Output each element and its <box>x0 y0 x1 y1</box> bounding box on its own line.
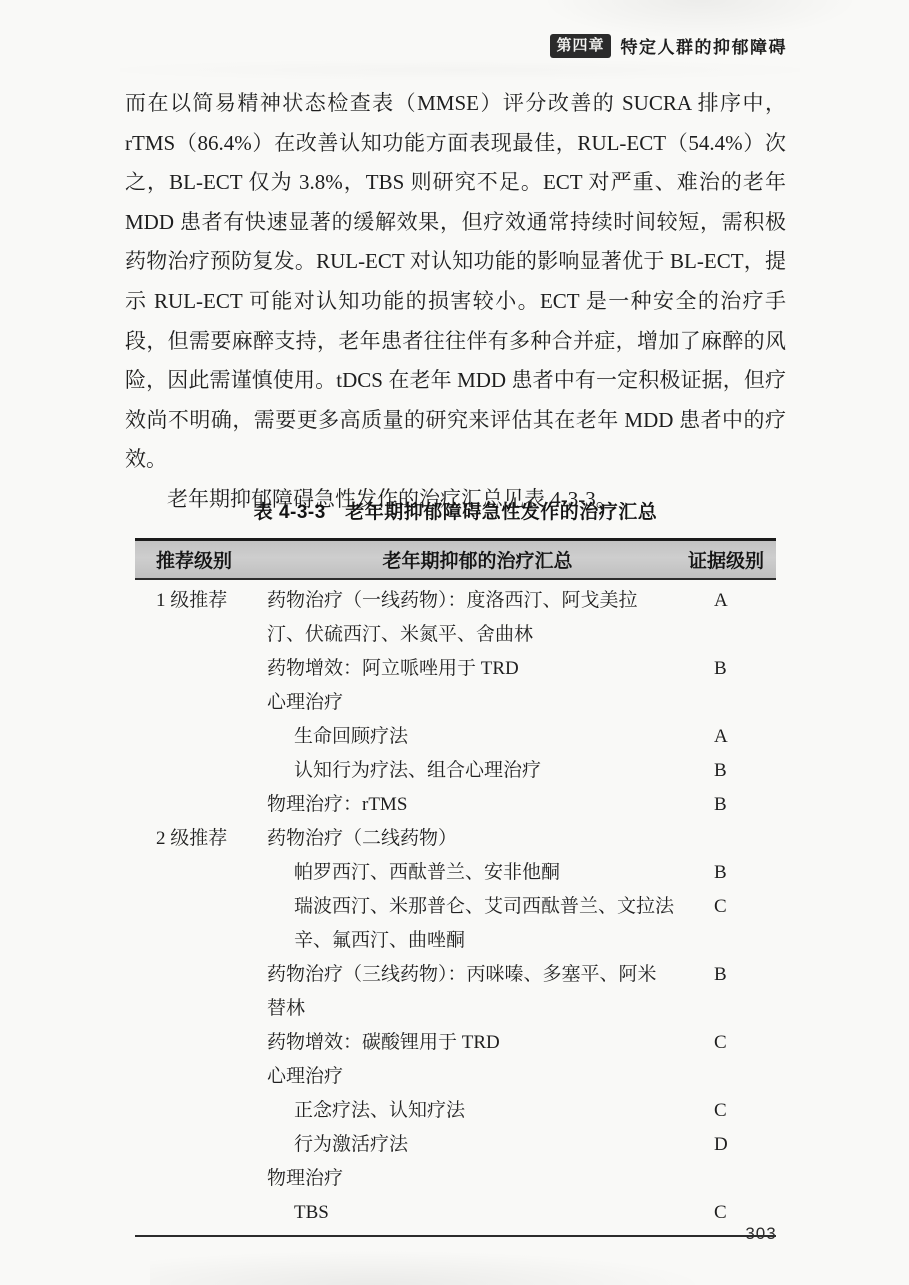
table-row: 认知行为疗法、组合心理治疗 B <box>135 754 776 788</box>
table-row: 帕罗西汀、西酞普兰、安非他酮 B <box>135 856 776 890</box>
table-caption: 表 4-3-3 老年期抑郁障碍急性发作的治疗汇总 <box>135 497 776 524</box>
col-header-evidence-level: 证据级别 <box>688 546 776 573</box>
level-cell <box>135 856 267 890</box>
chapter-badge: 第四章 <box>550 34 610 58</box>
treatment-cell: 药物治疗（三线药物）：丙咪嗪、多塞平、阿米替林 <box>267 958 688 1026</box>
level-cell <box>135 754 267 788</box>
scan-artifact <box>120 60 800 80</box>
table-row: 物理治疗 <box>135 1162 776 1196</box>
grade-cell <box>688 1162 776 1196</box>
table-row: 心理治疗 <box>135 686 776 720</box>
table-row: 药物增效：阿立哌唑用于 TRD B <box>135 652 776 686</box>
page-number: 303 <box>731 1224 791 1244</box>
grade-cell: C <box>688 1094 776 1128</box>
table-row: 正念疗法、认知疗法 C <box>135 1094 776 1128</box>
grade-cell <box>688 686 776 720</box>
grade-cell: B <box>688 754 776 788</box>
table-body: 1 级推荐 药物治疗（一线药物）：度洛西汀、阿戈美拉汀、伏硫西汀、米氮平、舍曲林… <box>135 580 776 1237</box>
level-cell <box>135 720 267 754</box>
grade-cell <box>688 822 776 856</box>
table-row: 物理治疗：rTMS B <box>135 788 776 822</box>
treatment-table: 推荐级别 老年期抑郁的治疗汇总 证据级别 1 级推荐 药物治疗（一线药物）：度洛… <box>135 538 776 1237</box>
grade-cell: B <box>688 958 776 1026</box>
grade-cell <box>688 1060 776 1094</box>
treatment-cell: 药物增效：阿立哌唑用于 TRD <box>267 652 688 686</box>
col-header-treatment-summary: 老年期抑郁的治疗汇总 <box>267 546 688 573</box>
table-row: 1 级推荐 药物治疗（一线药物）：度洛西汀、阿戈美拉汀、伏硫西汀、米氮平、舍曲林… <box>135 584 776 652</box>
treatment-cell: 药物治疗（一线药物）：度洛西汀、阿戈美拉汀、伏硫西汀、米氮平、舍曲林 <box>267 584 688 652</box>
scanned-book-page: 第四章 特定人群的抑郁障碍 而在以简易精神状态检查表（MMSE）评分改善的 SU… <box>0 0 909 1285</box>
level-cell: 1 级推荐 <box>135 584 267 652</box>
level-cell <box>135 1128 267 1162</box>
grade-cell: A <box>688 720 776 754</box>
col-header-recommendation-level: 推荐级别 <box>135 546 267 573</box>
table-row: 行为激活疗法 D <box>135 1128 776 1162</box>
grade-cell: B <box>688 788 776 822</box>
grade-cell: B <box>688 856 776 890</box>
treatment-cell: 正念疗法、认知疗法 <box>267 1094 688 1128</box>
treatment-cell: 心理治疗 <box>267 686 688 720</box>
grade-cell: B <box>688 652 776 686</box>
grade-cell: A <box>688 584 776 652</box>
grade-cell: C <box>688 890 776 958</box>
treatment-cell: 认知行为疗法、组合心理治疗 <box>267 754 688 788</box>
chapter-title: 特定人群的抑郁障碍 <box>621 33 788 58</box>
level-cell <box>135 1196 267 1230</box>
treatment-cell: 生命回顾疗法 <box>267 720 688 754</box>
treatment-cell: 帕罗西汀、西酞普兰、安非他酮 <box>267 856 688 890</box>
running-header: 第四章 特定人群的抑郁障碍 <box>0 33 787 58</box>
level-cell <box>135 1060 267 1094</box>
treatment-cell: 药物治疗（二线药物） <box>267 822 688 856</box>
level-cell <box>135 958 267 1026</box>
table-row: 瑞波西汀、米那普仑、艾司西酞普兰、文拉法辛、氟西汀、曲唑酮 C <box>135 890 776 958</box>
table-row: 2 级推荐 药物治疗（二线药物） <box>135 822 776 856</box>
table-row: 药物治疗（三线药物）：丙咪嗪、多塞平、阿米替林 B <box>135 958 776 1026</box>
level-cell <box>135 1026 267 1060</box>
level-cell <box>135 788 267 822</box>
table-row: 心理治疗 <box>135 1060 776 1094</box>
scan-artifact <box>150 1250 710 1285</box>
treatment-cell: 心理治疗 <box>267 1060 688 1094</box>
treatment-cell: 物理治疗 <box>267 1162 688 1196</box>
table-row: 药物增效：碳酸锂用于 TRD C <box>135 1026 776 1060</box>
level-cell <box>135 686 267 720</box>
level-cell <box>135 1094 267 1128</box>
treatment-cell: TBS <box>267 1196 688 1230</box>
body-text: 而在以简易精神状态检查表（MMSE）评分改善的 SUCRA 排序中，rTMS（8… <box>125 84 786 520</box>
grade-cell: C <box>688 1026 776 1060</box>
treatment-cell: 行为激活疗法 <box>267 1128 688 1162</box>
level-cell: 2 级推荐 <box>135 822 267 856</box>
table-row: 生命回顾疗法 A <box>135 720 776 754</box>
treatment-cell: 瑞波西汀、米那普仑、艾司西酞普兰、文拉法辛、氟西汀、曲唑酮 <box>267 890 688 958</box>
table-header: 推荐级别 老年期抑郁的治疗汇总 证据级别 <box>135 538 776 580</box>
treatment-cell: 物理治疗：rTMS <box>267 788 688 822</box>
paragraph: 而在以简易精神状态检查表（MMSE）评分改善的 SUCRA 排序中，rTMS（8… <box>125 84 786 480</box>
table-row: TBS C <box>135 1196 776 1230</box>
level-cell <box>135 1162 267 1196</box>
level-cell <box>135 652 267 686</box>
treatment-cell: 药物增效：碳酸锂用于 TRD <box>267 1026 688 1060</box>
level-cell <box>135 890 267 958</box>
grade-cell: D <box>688 1128 776 1162</box>
